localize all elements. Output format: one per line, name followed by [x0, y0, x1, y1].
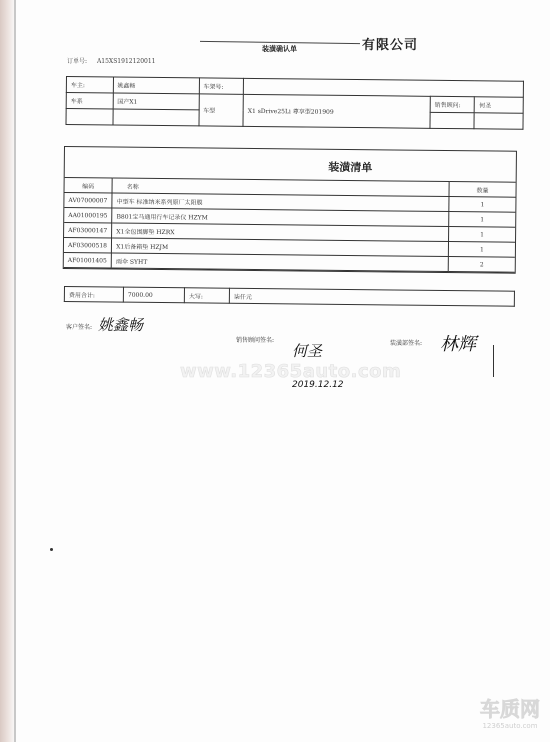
- sales-label: 销售顾问:: [430, 96, 475, 112]
- order-value: A15XS1912120011: [97, 58, 156, 65]
- logo-sub-text: 12365auto.com: [480, 722, 540, 730]
- total-value: 7000.00: [123, 287, 184, 303]
- order-label: 订单号:: [67, 58, 87, 65]
- installer-signature: 林辉: [440, 330, 476, 356]
- decoration-list-table: 编码 名称 数量 AV07000007中型车 标准纳米系列原厂太阳膜1AA010…: [64, 177, 516, 273]
- customer-value: 姚鑫畅: [113, 77, 199, 94]
- customer-label: 车主:: [66, 77, 113, 93]
- plate-label: 车架号:: [199, 78, 244, 94]
- item-code: AV07000007: [64, 193, 112, 208]
- model-label: 车型: [198, 94, 243, 126]
- total-label: 费用合计:: [64, 287, 123, 303]
- empty-cell: [474, 113, 523, 130]
- item-code: AF03000147: [64, 223, 112, 238]
- series-value: 国产X1: [113, 93, 199, 110]
- item-qty: 1: [449, 197, 516, 213]
- header-code: 编码: [65, 178, 113, 193]
- document-title: 装潢确认单: [262, 44, 297, 54]
- order-number: 订单号: A15XS1912120011: [67, 56, 163, 65]
- installer-signature-label: 装潢部签名:: [390, 338, 422, 347]
- model-value: X1 sDrive25Li 尊享型201909: [243, 94, 430, 128]
- item-code: AF01001405: [64, 253, 112, 268]
- empty-cell: [113, 109, 199, 126]
- caps-label: 大写:: [184, 288, 229, 303]
- empty-cell: [66, 109, 113, 125]
- item-code: AF03000518: [64, 238, 112, 253]
- list-title: 装潢清单: [65, 147, 516, 182]
- signature-stroke: [493, 345, 494, 377]
- customer-signature-label: 客户签名:: [66, 322, 92, 331]
- paper-edge: [0, 0, 14, 742]
- item-code: AA01000195: [64, 208, 112, 223]
- sales-signature: 何圣: [292, 340, 322, 361]
- header-qty: 数量: [449, 182, 516, 198]
- item-qty: 2: [448, 257, 515, 273]
- item-qty: 1: [449, 227, 516, 243]
- series-label: 车系: [66, 93, 113, 109]
- logo-main-text: 车质网: [480, 693, 540, 722]
- speck: [50, 548, 53, 551]
- sales-value: 何圣: [475, 97, 524, 114]
- sales-signature-label: 销售顾问签名:: [236, 335, 274, 344]
- paper-edge-line: [14, 0, 16, 742]
- decoration-list: 装潢清单 编码 名称 数量 AV07000007中型车 标准纳米系列原厂太阳膜1…: [63, 146, 517, 274]
- item-name: 雨伞 SYHT: [111, 253, 448, 272]
- item-qty: 1: [448, 242, 515, 258]
- watermark-logo: 车质网 12365auto.com: [480, 693, 540, 730]
- company-suffix: 有限公司: [362, 34, 418, 53]
- item-qty: 1: [449, 212, 516, 228]
- empty-cell: [430, 112, 475, 128]
- vehicle-info-table: 车主: 姚鑫畅 车架号: 车系 国产X1 车型 X1 sDrive25Li 尊享…: [65, 76, 523, 130]
- caps-value: 柒仟元: [229, 288, 514, 306]
- watermark-text: www.12365auto.com: [180, 361, 401, 382]
- customer-signature: 姚鑫畅: [98, 314, 143, 335]
- total-table: 费用合计: 7000.00 大写: 柒仟元: [64, 286, 515, 307]
